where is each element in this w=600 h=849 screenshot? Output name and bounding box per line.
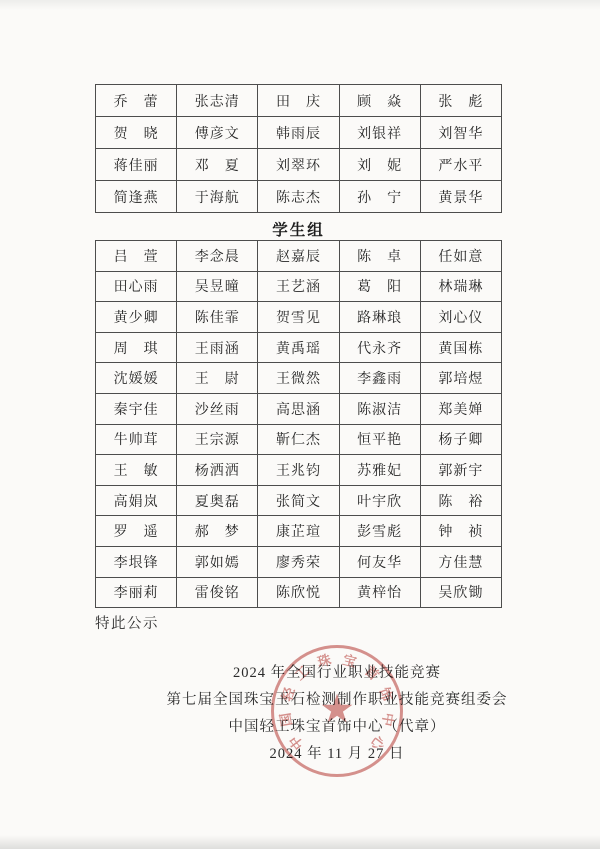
name-cell: 王艺涵 (258, 271, 339, 302)
name-cell: 罗 遥 (96, 516, 177, 547)
signature-line-date: 2024 年 11 月 27 日 (75, 741, 599, 768)
name-cell: 刘智华 (420, 117, 501, 149)
name-cell: 田心雨 (96, 271, 177, 302)
signature-line-committee: 第七届全国珠宝玉石检测制作职业技能竞赛组委会 (75, 687, 599, 714)
name-cell: 雷俊铭 (177, 577, 258, 608)
name-cell: 王微然 (258, 363, 339, 394)
name-cell: 严水平 (420, 149, 501, 181)
name-cell: 郝 梦 (177, 516, 258, 547)
closing-statement: 特此公示 (95, 612, 159, 633)
table-row: 罗 遥郝 梦康芷瑄彭雪彪钟 祯 (96, 516, 502, 547)
name-cell: 钟 祯 (420, 516, 501, 547)
name-cell: 秦宇佳 (96, 393, 177, 424)
name-cell: 郭新宇 (420, 455, 501, 486)
name-cell: 黄景华 (420, 181, 501, 213)
name-cell: 乔 蕾 (96, 85, 177, 117)
name-cell: 李念晨 (177, 241, 258, 272)
name-cell: 杨洒洒 (177, 455, 258, 486)
name-cell: 简逢燕 (96, 181, 177, 213)
name-cell: 彭雪彪 (339, 516, 420, 547)
name-cell: 陈佳霏 (177, 302, 258, 333)
student-group-heading: 学生组 (95, 218, 502, 240)
name-cell: 叶宇欣 (339, 485, 420, 516)
name-cell: 沙丝雨 (177, 393, 258, 424)
name-cell: 张简文 (258, 485, 339, 516)
name-cell: 高娟岚 (96, 485, 177, 516)
name-cell: 刘心仪 (420, 302, 501, 333)
table-row: 黄少卿陈佳霏贺雪见路琳琅刘心仪 (96, 302, 502, 333)
name-cell: 黄少卿 (96, 302, 177, 333)
table-row: 简逢燕于海航陈志杰孙 宁黄景华 (96, 181, 502, 213)
name-cell: 沈媛媛 (96, 363, 177, 394)
name-cell: 靳仁杰 (258, 424, 339, 455)
name-cell: 路琳琅 (339, 302, 420, 333)
signature-line-organization: 中国轻工珠宝首饰中心（代章） (75, 714, 599, 741)
name-cell: 林瑞琳 (420, 271, 501, 302)
table-row: 李丽莉雷俊铭陈欣悦黄梓怡吴欣锄 (96, 577, 502, 608)
name-cell: 陈志杰 (258, 181, 339, 213)
name-cell: 李丽莉 (96, 577, 177, 608)
name-cell: 方佳慧 (420, 546, 501, 577)
name-cell: 黄梓怡 (339, 577, 420, 608)
name-cell: 王 尉 (177, 363, 258, 394)
name-cell: 葛 阳 (339, 271, 420, 302)
name-cell: 刘银祥 (339, 117, 420, 149)
judges-table: 乔 蕾张志清田 庆顾 焱张 彪贺 晓傅彦文韩雨辰刘银祥刘智华蒋佳丽邓 夏刘翠环刘… (95, 84, 502, 213)
name-cell: 何友华 (339, 546, 420, 577)
name-cell: 王 敏 (96, 455, 177, 486)
table-row: 高娟岚夏奥磊张简文叶宇欣陈 裕 (96, 485, 502, 516)
table-row: 李垠锋郭如嫣廖秀荣何友华方佳慧 (96, 546, 502, 577)
name-cell: 吴欣锄 (420, 577, 501, 608)
name-cell: 田 庆 (258, 85, 339, 117)
name-cell: 黄国栋 (420, 332, 501, 363)
name-cell: 陈淑洁 (339, 393, 420, 424)
name-cell: 郑美婵 (420, 393, 501, 424)
name-cell: 傅彦文 (177, 117, 258, 149)
name-cell: 周 琪 (96, 332, 177, 363)
name-cell: 恒平艳 (339, 424, 420, 455)
name-cell: 贺雪见 (258, 302, 339, 333)
name-cell: 王宗源 (177, 424, 258, 455)
name-cell: 赵嘉辰 (258, 241, 339, 272)
name-cell: 代永齐 (339, 332, 420, 363)
name-cell: 高思涵 (258, 393, 339, 424)
table-row: 牛帅茸王宗源靳仁杰恒平艳杨子卿 (96, 424, 502, 455)
name-cell: 吴昱曈 (177, 271, 258, 302)
name-cell: 康芷瑄 (258, 516, 339, 547)
table-row: 乔 蕾张志清田 庆顾 焱张 彪 (96, 85, 502, 117)
name-cell: 陈 卓 (339, 241, 420, 272)
signature-block: 2024 年全国行业职业技能竞赛 第七届全国珠宝玉石检测制作职业技能竞赛组委会 … (75, 660, 599, 768)
name-cell: 廖秀荣 (258, 546, 339, 577)
name-cell: 任如意 (420, 241, 501, 272)
name-cell: 贺 晓 (96, 117, 177, 149)
table-row: 秦宇佳沙丝雨高思涵陈淑洁郑美婵 (96, 393, 502, 424)
table-row: 蒋佳丽邓 夏刘翠环刘 妮严水平 (96, 149, 502, 181)
name-cell: 孙 宁 (339, 181, 420, 213)
table-row: 田心雨吴昱曈王艺涵葛 阳林瑞琳 (96, 271, 502, 302)
name-cell: 张志清 (177, 85, 258, 117)
table-row: 贺 晓傅彦文韩雨辰刘银祥刘智华 (96, 117, 502, 149)
name-cell: 郭如嫣 (177, 546, 258, 577)
signature-line-event: 2024 年全国行业职业技能竞赛 (75, 660, 599, 687)
table-row: 沈媛媛王 尉王微然李鑫雨郭培煜 (96, 363, 502, 394)
document-page: 乔 蕾张志清田 庆顾 焱张 彪贺 晓傅彦文韩雨辰刘银祥刘智华蒋佳丽邓 夏刘翠环刘… (0, 0, 600, 849)
name-cell: 刘 妮 (339, 149, 420, 181)
table-row: 王 敏杨洒洒王兆钧苏雅妃郭新宇 (96, 455, 502, 486)
name-cell: 吕 萱 (96, 241, 177, 272)
name-cell: 韩雨辰 (258, 117, 339, 149)
student-group-table: 吕 萱李念晨赵嘉辰陈 卓任如意田心雨吴昱曈王艺涵葛 阳林瑞琳黄少卿陈佳霏贺雪见路… (95, 240, 502, 608)
name-cell: 王雨涵 (177, 332, 258, 363)
name-cell: 邓 夏 (177, 149, 258, 181)
name-cell: 陈 裕 (420, 485, 501, 516)
name-cell: 郭培煜 (420, 363, 501, 394)
name-cell: 蒋佳丽 (96, 149, 177, 181)
name-cell: 王兆钧 (258, 455, 339, 486)
name-cell: 苏雅妃 (339, 455, 420, 486)
name-cell: 张 彪 (420, 85, 501, 117)
name-cell: 李垠锋 (96, 546, 177, 577)
name-cell: 杨子卿 (420, 424, 501, 455)
name-cell: 牛帅茸 (96, 424, 177, 455)
name-cell: 黄禹瑶 (258, 332, 339, 363)
name-cell: 夏奥磊 (177, 485, 258, 516)
table-row: 周 琪王雨涵黄禹瑶代永齐黄国栋 (96, 332, 502, 363)
name-cell: 刘翠环 (258, 149, 339, 181)
name-cell: 陈欣悦 (258, 577, 339, 608)
name-cell: 顾 焱 (339, 85, 420, 117)
table-row: 吕 萱李念晨赵嘉辰陈 卓任如意 (96, 241, 502, 272)
name-cell: 李鑫雨 (339, 363, 420, 394)
name-cell: 于海航 (177, 181, 258, 213)
